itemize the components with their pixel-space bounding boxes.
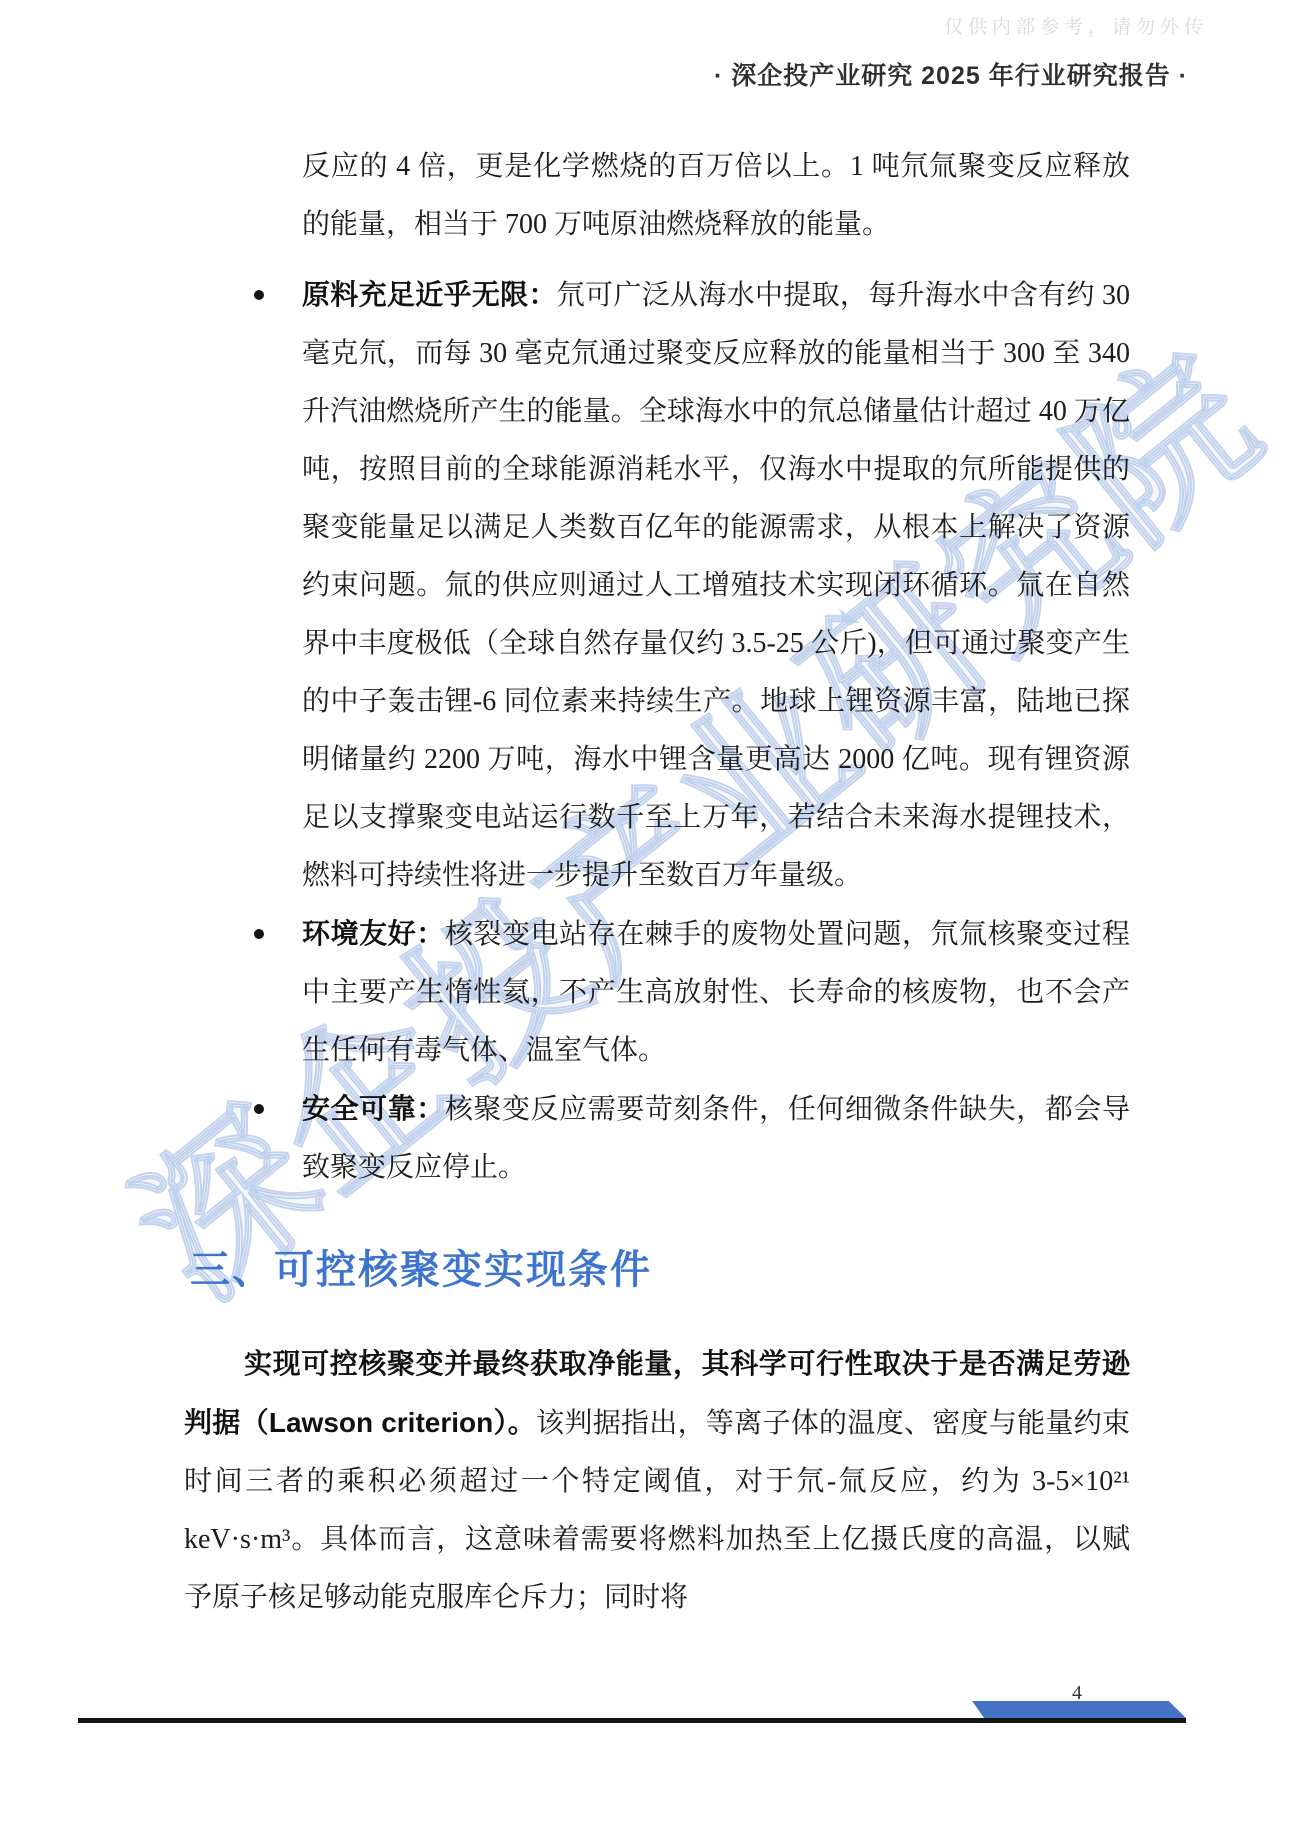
confidential-note: 仅供内部参考，请勿外传	[944, 12, 1208, 39]
body-text-column: 反应的 4 倍，更是化学燃烧的百万倍以上。1 吨氘氚聚变反应释放的能量，相当于 …	[184, 138, 1131, 1627]
advantages-bullet-list: 原料充足近乎无限：氘可广泛从海水中提取，每升海水中含有约 30 毫克氘，而每 3…	[184, 266, 1131, 1197]
bullet-item-safety: 安全可靠：核聚变反应需要苛刻条件，任何细微条件缺失，都会导致聚变反应停止。	[184, 1080, 1130, 1197]
footer-accent-parallelogram	[970, 1701, 1186, 1718]
bullet-label: 环境友好：	[302, 918, 445, 949]
bullet-text: 氘可广泛从海水中提取，每升海水中含有约 30 毫克氘，而每 30 毫克氘通过聚变…	[302, 280, 1130, 891]
footer-rule-line	[78, 1718, 1186, 1723]
bullet-item-environment: 环境友好：核裂变电站存在棘手的废物处置问题，氘氚核聚变过程中主要产生惰性氦，不产…	[184, 905, 1130, 1080]
bullet-item-fuel-supply: 原料充足近乎无限：氘可广泛从海水中提取，每升海水中含有约 30 毫克氘，而每 3…	[184, 266, 1130, 905]
bullet-label: 原料充足近乎无限：	[302, 279, 557, 310]
bullet-label: 安全可靠：	[302, 1093, 445, 1124]
page-header-title: · 深企投产业研究 2025 年行业研究报告 ·	[714, 56, 1188, 92]
intro-paragraph: 反应的 4 倍，更是化学燃烧的百万倍以上。1 吨氘氚聚变反应释放的能量，相当于 …	[302, 138, 1130, 254]
section-heading: 三、可控核聚变实现条件	[190, 1243, 1131, 1297]
section-paragraph-rest: 该判据指出，等离子体的温度、密度与能量约束时间三者的乘积必须超过一个特定阈值，对…	[184, 1408, 1130, 1613]
section-paragraph: 实现可控核聚变并最终获取净能量，其科学可行性取决于是否满足劳逊判据（Lawson…	[184, 1335, 1130, 1627]
report-page: 仅供内部参考，请勿外传 · 深企投产业研究 2025 年行业研究报告 · 深企投…	[0, 0, 1296, 1829]
